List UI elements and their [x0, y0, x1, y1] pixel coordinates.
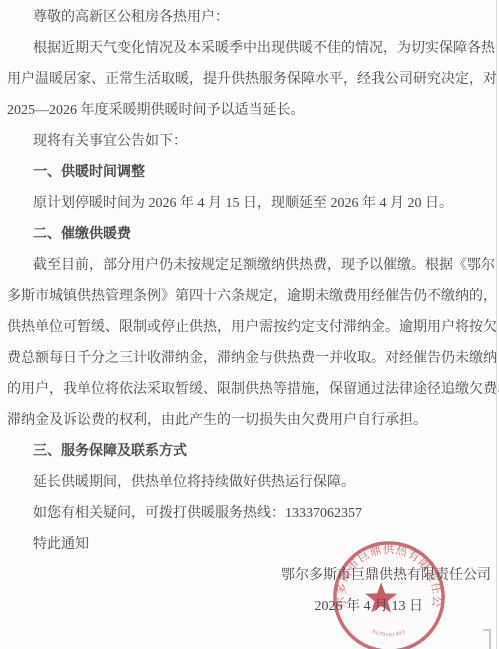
doc-line-13: 滞纳金及诉讼费的权利，由此产生的一切损失由欠费用户自行承担。	[0, 405, 499, 436]
doc-line-15: 延长供暖期间，供热单位将持续做好供热运行保障。	[0, 467, 499, 498]
doc-line-5: 一、供暖时间调整	[0, 157, 499, 188]
doc-line-18: 鄂尔多斯市巨鼎供热有限责任公司	[0, 560, 499, 591]
doc-line-3: 2025—2026 年度采暖期供暖时间予以适当延长。	[0, 95, 499, 126]
doc-line-8: 截至目前，部分用户仍未按规定足额缴纳供热费，现予以催缴。根据《鄂尔	[0, 250, 499, 281]
doc-line-14: 三、服务保障及联系方式	[0, 436, 499, 467]
doc-line-2: 用户温暖居家、正常生活取暖，提升供热服务保障水平，经我公司研究决定，对	[0, 64, 499, 95]
corner-mark	[489, 629, 491, 649]
corner-mark	[483, 629, 491, 631]
doc-line-4: 现将有关事宜公告如下：	[0, 126, 499, 157]
doc-line-19: 2026 年 4 月 13 日	[0, 591, 499, 622]
notice-page: 尊敬的高新区公租房各热用户：根据近期天气变化情况及本采暖季中出现供暖不佳的情况，…	[0, 0, 499, 649]
doc-line-12: 的用户，我单位将依法采取暂缓、限制供热等措施，保留通过法律途径追缴欠费、	[0, 374, 499, 405]
doc-line-7: 二、催缴供暖费	[0, 219, 499, 250]
doc-line-0: 尊敬的高新区公租房各热用户：	[0, 2, 499, 33]
notice-document: 尊敬的高新区公租房各热用户：根据近期天气变化情况及本采暖季中出现供暖不佳的情况，…	[0, 0, 499, 622]
doc-line-16: 如您有相关疑问，可拨打供暖服务热线：13337062357	[0, 498, 499, 529]
doc-line-1: 根据近期天气变化情况及本采暖季中出现供暖不佳的情况，为切实保障各热	[0, 33, 499, 64]
doc-line-11: 费总额每日千分之三计收滞纳金，滞纳金与供热费一并收取。对经催告仍未缴纳	[0, 343, 499, 374]
doc-line-10: 供热单位可暂缓、限制或停止供热，用户需按约定支付滞纳金。逾期用户将按欠	[0, 312, 499, 343]
doc-line-17: 特此通知	[0, 529, 499, 560]
doc-line-9: 多斯市城镇供热管理条例》第四十六条规定，逾期未缴费用经催告仍不缴纳的，	[0, 281, 499, 312]
doc-line-6: 原计划停暖时间为 2026 年 4 月 15 日，现顺延至 2026 年 4 月…	[0, 188, 499, 219]
